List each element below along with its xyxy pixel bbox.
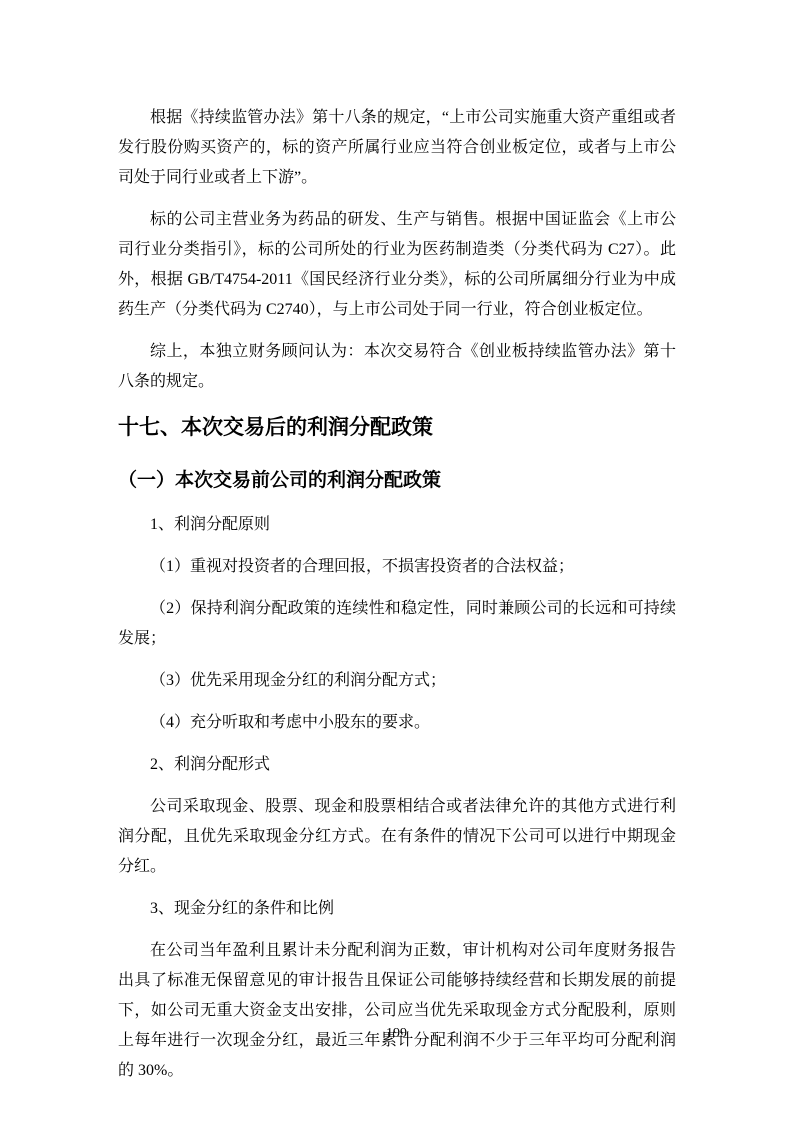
subsection-heading: （一）本次交易前公司的利润分配政策	[118, 468, 676, 494]
paragraph-advisor-conclusion: 综上，本独立财务顾问认为：本次交易符合《创业板持续监管办法》第十八条的规定。	[118, 337, 676, 397]
list-item-3-title: 3、现金分红的条件和比例	[118, 894, 676, 924]
principle-2: （2）保持利润分配政策的连续性和稳定性，同时兼顾公司的长远和可持续发展；	[118, 594, 676, 654]
page-footer: 199	[0, 1024, 793, 1043]
paragraph-regulation-quote: 根据《持续监管办法》第十八条的规定，“上市公司实施重大资产重组或者发行股份购买资…	[118, 103, 676, 193]
paragraph-cash-dividend-conditions: 在公司当年盈利且累计未分配利润为正数，审计机构对公司年度财务报告出具了标准无保留…	[118, 936, 676, 1086]
page-content: 根据《持续监管办法》第十八条的规定，“上市公司实施重大资产重组或者发行股份购买资…	[0, 0, 793, 1086]
principle-3: （3）优先采用现金分红的利润分配方式；	[118, 666, 676, 696]
paragraph-target-industry: 标的公司主营业务为药品的研发、生产与销售。根据中国证监会《上市公司行业分类指引》…	[118, 205, 676, 325]
principle-1: （1）重视对投资者的合理回报，不损害投资者的合法权益；	[118, 552, 676, 582]
page-number: 199	[386, 1026, 407, 1041]
list-item-1-title: 1、利润分配原则	[118, 510, 676, 540]
section-heading: 十七、本次交易后的利润分配政策	[118, 415, 676, 441]
document-page: 根据《持续监管办法》第十八条的规定，“上市公司实施重大资产重组或者发行股份购买资…	[0, 0, 793, 1122]
paragraph-distribution-form: 公司采取现金、股票、现金和股票相结合或者法律允许的其他方式进行利润分配，且优先采…	[118, 792, 676, 882]
principle-4: （4）充分听取和考虑中小股东的要求。	[118, 708, 676, 738]
list-item-2-title: 2、利润分配形式	[118, 750, 676, 780]
